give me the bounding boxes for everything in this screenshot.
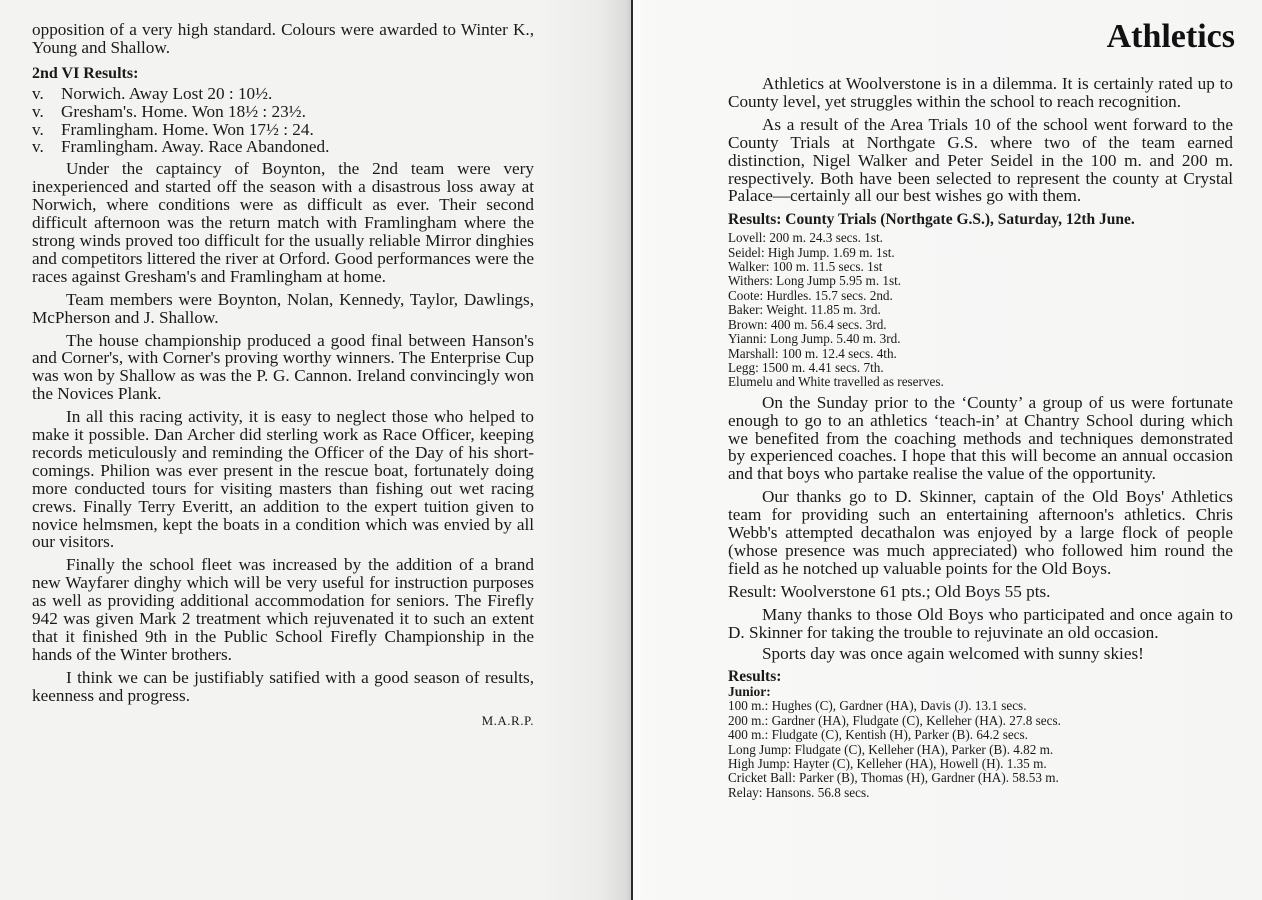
result-text: Framlingham. Away. Race Abandoned. [61, 138, 329, 156]
trial-result: Legg: 1500 m. 4.41 secs. 7th. [728, 361, 1233, 375]
paragraph-house-championship: The house championship produced a good f… [32, 332, 534, 404]
result-prefix: v. [32, 138, 61, 156]
junior-result: 100 m.: Hughes (C), Gardner (HA), Davis … [728, 699, 1233, 713]
trial-result: Marshall: 100 m. 12.4 secs. 4th. [728, 347, 1233, 361]
left-page-column: opposition of a very high standard. Colo… [32, 21, 534, 730]
paragraph-sports-day: Sports day was once again welcomed with … [728, 645, 1233, 663]
result-prefix: v. [32, 85, 61, 103]
junior-result: Relay: Hansons. 56.8 secs. [728, 786, 1233, 800]
intro-paragraph: opposition of a very high standard. Colo… [32, 21, 534, 57]
sports-day-results-heading: Results: [728, 668, 1233, 685]
trial-result: Seidel: High Jump. 1.69 m. 1st. [728, 246, 1233, 260]
result-prefix: v. [32, 103, 61, 121]
junior-result: 400 m.: Fludgate (C), Kentish (H), Parke… [728, 728, 1233, 742]
junior-result: Cricket Ball: Parker (B), Thomas (H), Ga… [728, 771, 1233, 785]
junior-result: 200 m.: Gardner (HA), Fludgate (C), Kell… [728, 714, 1233, 728]
junior-subheading: Junior: [728, 685, 1233, 699]
county-trials-heading: Results: County Trials (Northgate G.S.),… [728, 211, 1233, 229]
paragraph-school-fleet: Finally the school fleet was increased b… [32, 556, 534, 663]
county-trials-results: Lovell: 200 m. 24.3 secs. 1st. Seidel: H… [728, 231, 1233, 389]
junior-result: High Jump: Hayter (C), Kelleher (HA), Ho… [728, 757, 1233, 771]
result-item: v. Norwich. Away Lost 20 : 10½. [32, 85, 534, 103]
paragraph-many-thanks: Many thanks to those Old Boys who partic… [728, 606, 1233, 642]
paragraph-old-boys-thanks: Our thanks go to D. Skinner, captain of … [728, 488, 1233, 578]
result-item: v. Framlingham. Home. Won 17½ : 24. [32, 121, 534, 139]
right-page: Athletics Athletics at Woolverstone is i… [633, 0, 1262, 900]
paragraph-conclusion: I think we can be justifiably satified w… [32, 669, 534, 705]
paragraph-dilemma: Athletics at Woolverstone is in a dilemm… [728, 75, 1233, 111]
trial-result: Lovell: 200 m. 24.3 secs. 1st. [728, 231, 1233, 245]
book-spread: opposition of a very high standard. Colo… [0, 0, 1262, 900]
result-text: Gresham's. Home. Won 18½ : 23½. [61, 103, 306, 121]
result-text: Framlingham. Home. Won 17½ : 24. [61, 121, 314, 139]
trial-result: Brown: 400 m. 56.4 secs. 3rd. [728, 318, 1233, 332]
trial-result: Walker: 100 m. 11.5 secs. 1st [728, 260, 1233, 274]
trial-result: Baker: Weight. 11.85 m. 3rd. [728, 303, 1233, 317]
result-item: v. Framlingham. Away. Race Abandoned. [32, 138, 534, 156]
paragraph-captaincy: Under the captaincy of Boynton, the 2nd … [32, 160, 534, 285]
paragraph-helpers: In all this racing activity, it is easy … [32, 408, 534, 551]
paragraph-team-members: Team members were Boynton, Nolan, Kenned… [32, 291, 534, 327]
trial-result: Yianni: Long Jump. 5.40 m. 3rd. [728, 332, 1233, 346]
trial-result: Coote: Hurdles. 15.7 secs. 2nd. [728, 289, 1233, 303]
page-title: Athletics [1107, 17, 1235, 57]
trial-result: Withers: Long Jump 5.95 m. 1st. [728, 274, 1233, 288]
trial-reserves-note: Elumelu and White travelled as reserves. [728, 375, 1233, 389]
author-signature: M.A.R.P. [32, 712, 534, 730]
result-item: v. Gresham's. Home. Won 18½ : 23½. [32, 103, 534, 121]
paragraph-teach-in: On the Sunday prior to the ‘County’ a gr… [728, 394, 1233, 484]
paragraph-area-trials: As a result of the Area Trials 10 of the… [728, 116, 1233, 206]
right-page-column: Athletics at Woolverstone is in a dilemm… [728, 75, 1233, 800]
result-prefix: v. [32, 121, 61, 139]
left-page: opposition of a very high standard. Colo… [0, 0, 632, 900]
junior-result: Long Jump: Fludgate (C), Kelleher (HA), … [728, 743, 1233, 757]
junior-results: 100 m.: Hughes (C), Gardner (HA), Davis … [728, 699, 1233, 800]
old-boys-result: Result: Woolverstone 61 pts.; Old Boys 5… [728, 583, 1233, 601]
second-vi-heading: 2nd VI Results: [32, 65, 534, 83]
result-text: Norwich. Away Lost 20 : 10½. [61, 85, 272, 103]
second-vi-results: v. Norwich. Away Lost 20 : 10½. v. Gresh… [32, 85, 534, 157]
